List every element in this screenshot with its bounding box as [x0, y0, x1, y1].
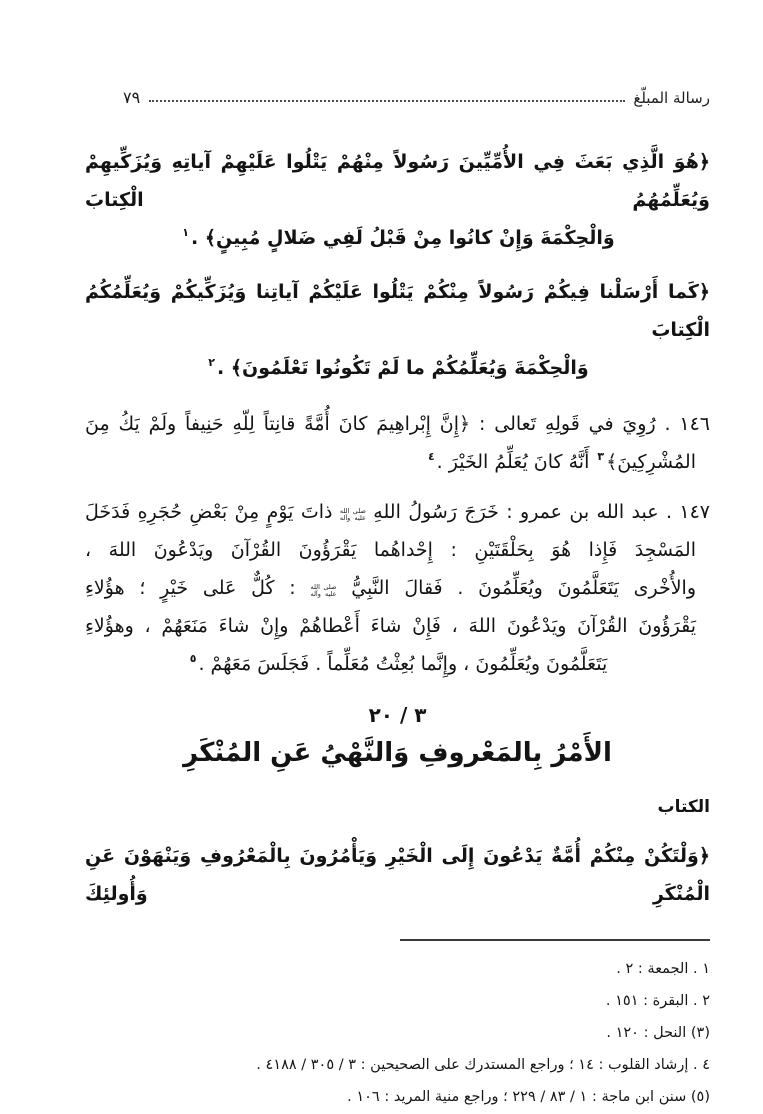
item-number: ١٤٦ .	[664, 413, 710, 435]
item-line: ١٤٦ . رُوِيَ في قَولِهِ تَعالى : ﴿إِنَّ …	[85, 405, 710, 443]
verse-line: ﴿هُوَ الَّذِي بَعَثَ فِي الأُمِّيِّينَ ر…	[85, 143, 710, 219]
salawat-icon: صلى اللهعليه وآله	[340, 508, 366, 522]
item-line: يَتَعَلَّمُونَ ويُعَلِّمُونَ ، وإِنَّما …	[85, 645, 710, 683]
footnote-ref: ٥	[188, 652, 199, 665]
dotted-leader	[149, 100, 625, 102]
footnote-line: ١ . الجمعة : ٢ .	[85, 953, 710, 985]
item-line: المُشْرِكِينَ﴾٣ أَنَّهُ كانَ يُعَلِّمُ ا…	[85, 443, 710, 481]
quran-verse-block-2: ﴿كَما أَرْسَلْنا فِيكُمْ رَسُولاً مِنْكُ…	[85, 273, 710, 387]
footnote-ref: ٢	[206, 356, 217, 369]
hadith-item-147: ١٤٧ . عبد الله بن عمرو : خَرَجَ رَسُولُ …	[85, 493, 710, 683]
item-line: يَقْرَؤُونَ القُرْآنَ ويَدْعُونَ اللهَ ،…	[85, 607, 710, 645]
footnote-ref: ١	[180, 226, 191, 239]
item-text: عبد الله بن عمرو : خَرَجَ رَسُولُ اللهِ	[373, 501, 658, 523]
item-text: رُوِيَ في قَولِهِ تَعالى : ﴿إِنَّ إِبْرا…	[85, 413, 656, 435]
item-line: المَسْجِدَ فَإِذا هُوَ بِحَلْقَتَيْنِ : …	[85, 531, 710, 569]
footnote-line: ٤ . إرشاد القلوب : ١٤ ؛ وراجع المستدرك ع…	[85, 1049, 710, 1081]
footnote-ref: ٣	[595, 450, 606, 463]
page-number: ٧٩	[123, 88, 149, 107]
footnote-line: (٣) النحل : ١٢٠ .	[85, 1017, 710, 1049]
item-line: ١٤٧ . عبد الله بن عمرو : خَرَجَ رَسُولُ …	[85, 493, 710, 531]
footnote-line: (٥) سنن ابن ماجة : ١ / ٨٣ / ٢٢٩ ؛ وراجع …	[85, 1081, 710, 1113]
book-page: رسالة المبلّغ ٧٩ ﴿هُوَ الَّذِي بَعَثَ فِ…	[0, 0, 763, 1114]
quran-verse-block-1: ﴿هُوَ الَّذِي بَعَثَ فِي الأُمِّيِّينَ ر…	[85, 143, 710, 257]
salawat-icon: صلى اللهعليه وآله	[310, 584, 336, 598]
verse-line: ﴿كَما أَرْسَلْنا فِيكُمْ رَسُولاً مِنْكُ…	[85, 273, 710, 349]
section-number: ٣ / ٢٠	[85, 703, 710, 727]
footnote-ref: ٤	[426, 450, 437, 463]
footnote-line: ٢ . البقرة : ١٥١ .	[85, 985, 710, 1017]
section-title: الأَمْرُ بِالمَعْروفِ وَالنَّهْيُ عَنِ ا…	[85, 733, 710, 773]
kitab-heading: الكتاب	[85, 797, 710, 817]
item-number: ١٤٧ .	[666, 501, 710, 523]
item-line: والأُخْرى يَتَعَلَّمُونَ ويُعَلِّمُونَ .…	[85, 569, 710, 607]
page-header: رسالة المبلّغ ٧٩	[85, 88, 710, 107]
item-text: ذاتَ يَوْمٍ مِنْ بَعْضِ حُجَرِهِ فَدَخَل…	[85, 501, 332, 523]
kitab-verse-line: ﴿وَلْتَكُنْ مِنْكُمْ أُمَّةٌ يَدْعُونَ إ…	[85, 837, 710, 913]
verse-line: وَالْحِكْمَةَ وَإِنْ كانُوا مِنْ قَبْلُ …	[85, 219, 710, 257]
verse-line: وَالْحِكْمَةَ وَيُعَلِّمُكُمْ ما لَمْ تَ…	[85, 349, 710, 387]
running-title: رسالة المبلّغ	[625, 89, 710, 107]
footnotes-section: ١ . الجمعة : ٢ . ٢ . البقرة : ١٥١ . (٣) …	[85, 941, 710, 1113]
hadith-item-146: ١٤٦ . رُوِيَ في قَولِهِ تَعالى : ﴿إِنَّ …	[85, 405, 710, 481]
